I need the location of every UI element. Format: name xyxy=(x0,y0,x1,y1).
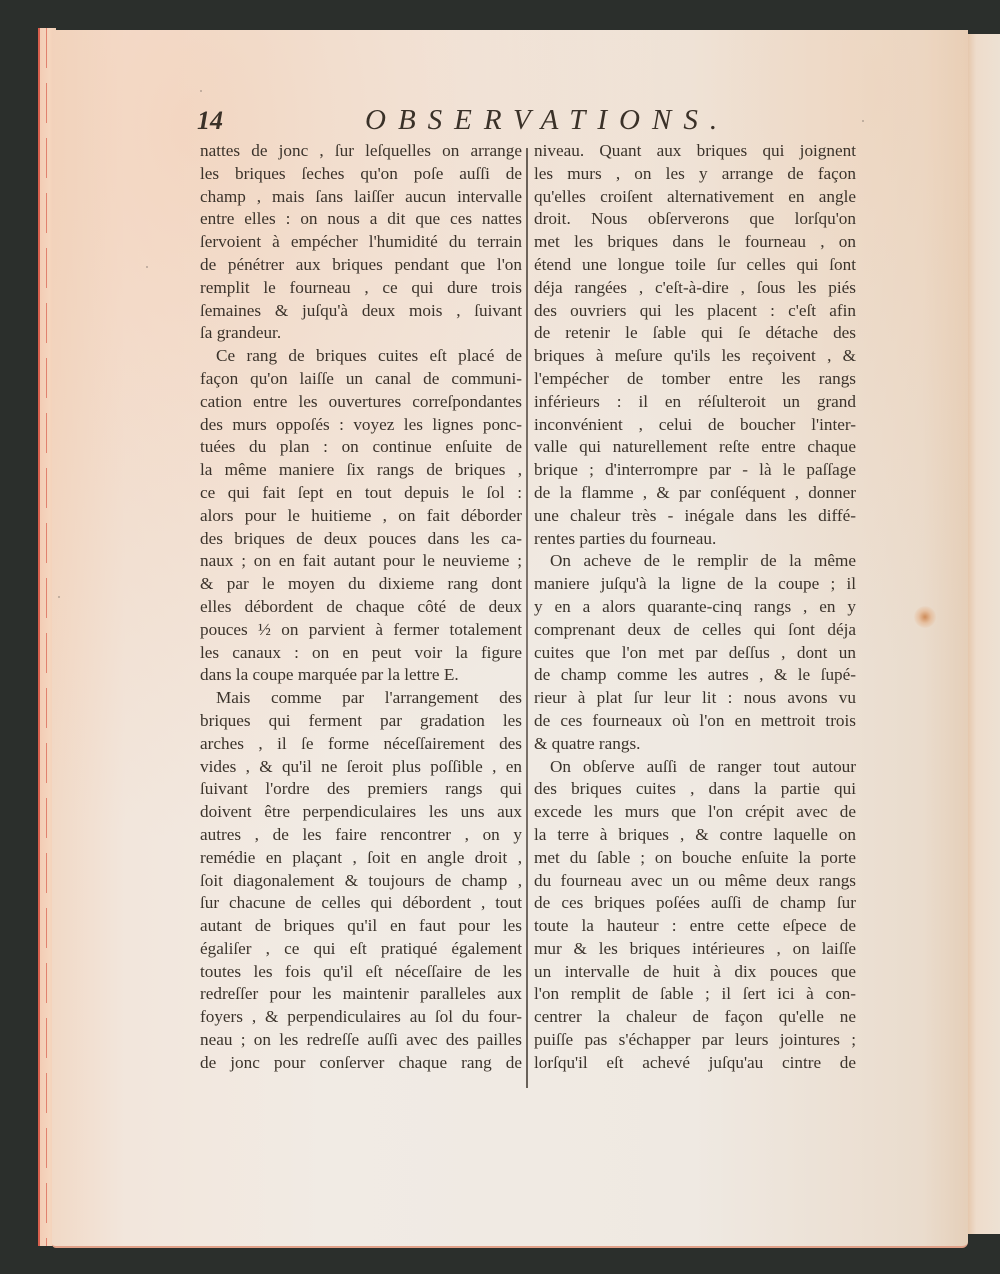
text-line: met les briques dans le fourneau , on xyxy=(534,231,856,254)
text-line: excede les murs que l'on crépit avec de xyxy=(534,801,856,824)
text-line: la terre à briques , & contre laquelle o… xyxy=(534,824,856,847)
text-line: & quatre rangs. xyxy=(534,733,856,756)
paper-speck xyxy=(862,120,864,122)
text-line: ſemaines & juſqu'à deux mois , ſuivant xyxy=(200,300,522,323)
text-line: les briques ſeches qu'on poſe auſſi de xyxy=(200,163,522,186)
text-line: doivent être perpendiculaires les uns au… xyxy=(200,801,522,824)
page-number: 14 xyxy=(197,106,223,136)
text-line: des ouvriers qui les placent : c'eſt afi… xyxy=(534,300,856,323)
page-header: 14 OBSERVATIONS. xyxy=(197,104,857,140)
text-line: de pénétrer aux briques pendant que l'on xyxy=(200,254,522,277)
text-line: une chaleur très - inégale dans les diff… xyxy=(534,505,856,528)
text-line: ce qui fait ſept en tout depuis le ſol : xyxy=(200,482,522,505)
text-line: cation entre les ouvertures correſpondan… xyxy=(200,391,522,414)
text-line: niveau. Quant aux briques qui joignent xyxy=(534,140,856,163)
text-line: de la flamme , & par conſéquent , donner xyxy=(534,482,856,505)
text-line: qu'elles croiſent alternativement en ang… xyxy=(534,186,856,209)
text-line: ſuivant l'ordre des premiers rangs qui xyxy=(200,778,522,801)
text-line: puiſſe pas s'échapper par leurs jointure… xyxy=(534,1029,856,1052)
text-line: brique ; d'interrompre par - là le paſſa… xyxy=(534,459,856,482)
text-line: centrer la chaleur de façon qu'elle ne xyxy=(534,1006,856,1029)
text-line: remplit le fourneau , ce qui dure trois xyxy=(200,277,522,300)
text-line: rentes parties du fourneau. xyxy=(534,528,856,551)
text-line: entre elles : on nous a dit que ces natt… xyxy=(200,208,522,231)
text-line: déja rangées , c'eſt-à-dire , ſous les p… xyxy=(534,277,856,300)
text-line: ſoit diagonalement & toujours de champ , xyxy=(200,870,522,893)
next-page-edge xyxy=(966,34,1000,1234)
text-line: mur & les briques intérieures , on laiſſ… xyxy=(534,938,856,961)
paper-speck xyxy=(58,596,60,598)
text-line: On obſerve auſſi de ranger tout autour xyxy=(534,756,856,779)
text-line: briques qui ferment par gradation les xyxy=(200,710,522,733)
running-title: OBSERVATIONS. xyxy=(365,104,729,137)
text-line: vides , & qu'il ne ſeroit plus poſſible … xyxy=(200,756,522,779)
text-line: ſervoient à empécher l'humidité du terra… xyxy=(200,231,522,254)
text-line: de champ comme les autres , & le ſupé- xyxy=(534,664,856,687)
text-line: naux ; on en fait autant pour le neuviem… xyxy=(200,550,522,573)
text-line: & par le moyen du dixieme rang dont xyxy=(200,573,522,596)
text-line: valle qui naturellement reſte entre chaq… xyxy=(534,436,856,459)
text-line: nattes de jonc , ſur leſquelles on arran… xyxy=(200,140,522,163)
foxing-stain xyxy=(914,606,936,628)
text-line: Mais comme par l'arrangement des xyxy=(200,687,522,710)
text-line: comprenant deux de celles qui ſont déja xyxy=(534,619,856,642)
text-column-right: niveau. Quant aux briques qui joignentle… xyxy=(534,140,856,1075)
text-line: du fourneau avec un ou même deux rangs xyxy=(534,870,856,893)
text-line: redreſſer pour les maintenir paralleles … xyxy=(200,983,522,1006)
column-divider xyxy=(526,148,528,1088)
text-line: droit. Nous obſerverons que lorſqu'on xyxy=(534,208,856,231)
text-line: de ces fourneaux où l'on en mettroit tro… xyxy=(534,710,856,733)
text-line: On acheve de le remplir de la même xyxy=(534,550,856,573)
text-line: lorſqu'il eſt achevé juſqu'au cintre de xyxy=(534,1052,856,1075)
text-line: Ce rang de briques cuites eſt placé de xyxy=(200,345,522,368)
paper-speck xyxy=(200,90,202,92)
text-line: autant de briques qu'il en faut pour les xyxy=(200,915,522,938)
paper-speck xyxy=(146,266,148,268)
text-line: façon qu'on laiſſe un canal de communi- xyxy=(200,368,522,391)
text-line: maniere juſqu'à la ligne de la coupe ; i… xyxy=(534,573,856,596)
text-line: égaliſer , ce qui eſt pratiqué également xyxy=(200,938,522,961)
text-line: inconvénient , celui de boucher l'inter- xyxy=(534,414,856,437)
text-line: cuites que l'on met par deſſus , dont un xyxy=(534,642,856,665)
text-line: briques à meſure qu'ils les reçoivent , … xyxy=(534,345,856,368)
text-line: de retenir le ſable qui ſe détache des xyxy=(534,322,856,345)
text-line: pouces ½ on parvient à fermer totalement xyxy=(200,619,522,642)
text-line: toute la hauteur : entre cette eſpece de xyxy=(534,915,856,938)
text-line: elles débordent de chaque côté de deux xyxy=(200,596,522,619)
text-line: l'on remplit de ſable ; il ſert ici à co… xyxy=(534,983,856,1006)
text-line: champ , mais ſans laiſſer aucun interval… xyxy=(200,186,522,209)
text-column-left: nattes de jonc , ſur leſquelles on arran… xyxy=(200,140,522,1075)
text-line: remédie en plaçant , ſoit en angle droit… xyxy=(200,847,522,870)
text-line: dans la coupe marquée par la lettre E. xyxy=(200,664,522,687)
text-line: les murs , on les y arrange de façon xyxy=(534,163,856,186)
text-line: neau ; on les redreſſe auſſi avec des pa… xyxy=(200,1029,522,1052)
text-line: y en a alors quarante-cinq rangs , en y xyxy=(534,596,856,619)
text-line: alors pour le huitieme , on fait déborde… xyxy=(200,505,522,528)
text-line: tuées du plan : on continue enſuite de xyxy=(200,436,522,459)
text-line: étend une longue toile ſur celles qui ſo… xyxy=(534,254,856,277)
text-line: de ces briques poſées auſſi de champ ſur xyxy=(534,892,856,915)
text-line: la même maniere ſix rangs de briques , xyxy=(200,459,522,482)
text-line: des briques de deux pouces dans les ca- xyxy=(200,528,522,551)
text-line: les canaux : on en peut voir la figure xyxy=(200,642,522,665)
text-line: de jonc pour conſerver chaque rang de xyxy=(200,1052,522,1075)
text-line: foyers , & perpendiculaires au ſol du fo… xyxy=(200,1006,522,1029)
text-line: des briques cuites , dans la partie qui xyxy=(534,778,856,801)
text-line: ſur chacune de celles qui débordent , to… xyxy=(200,892,522,915)
text-line: toutes les fois qu'il eſt néceſſaire de … xyxy=(200,961,522,984)
text-line: met du ſable ; on bouche enſuite la port… xyxy=(534,847,856,870)
text-line: l'empécher de tomber entre les rangs xyxy=(534,368,856,391)
text-line: inférieurs : il en réſulteroit un grand xyxy=(534,391,856,414)
text-line: des murs oppoſés : voyez les lignes ponc… xyxy=(200,414,522,437)
text-line: rieur à plat ſur leur lit : nous avons v… xyxy=(534,687,856,710)
text-line: ſa grandeur. xyxy=(200,322,522,345)
text-line: arches , il ſe forme néceſſairement des xyxy=(200,733,522,756)
text-line: autres , de les faire rencontrer , on y xyxy=(200,824,522,847)
text-line: un intervalle de huit à dix pouces que xyxy=(534,961,856,984)
scanned-book-spread: 14 OBSERVATIONS. nattes de jonc , ſur le… xyxy=(0,0,1000,1274)
